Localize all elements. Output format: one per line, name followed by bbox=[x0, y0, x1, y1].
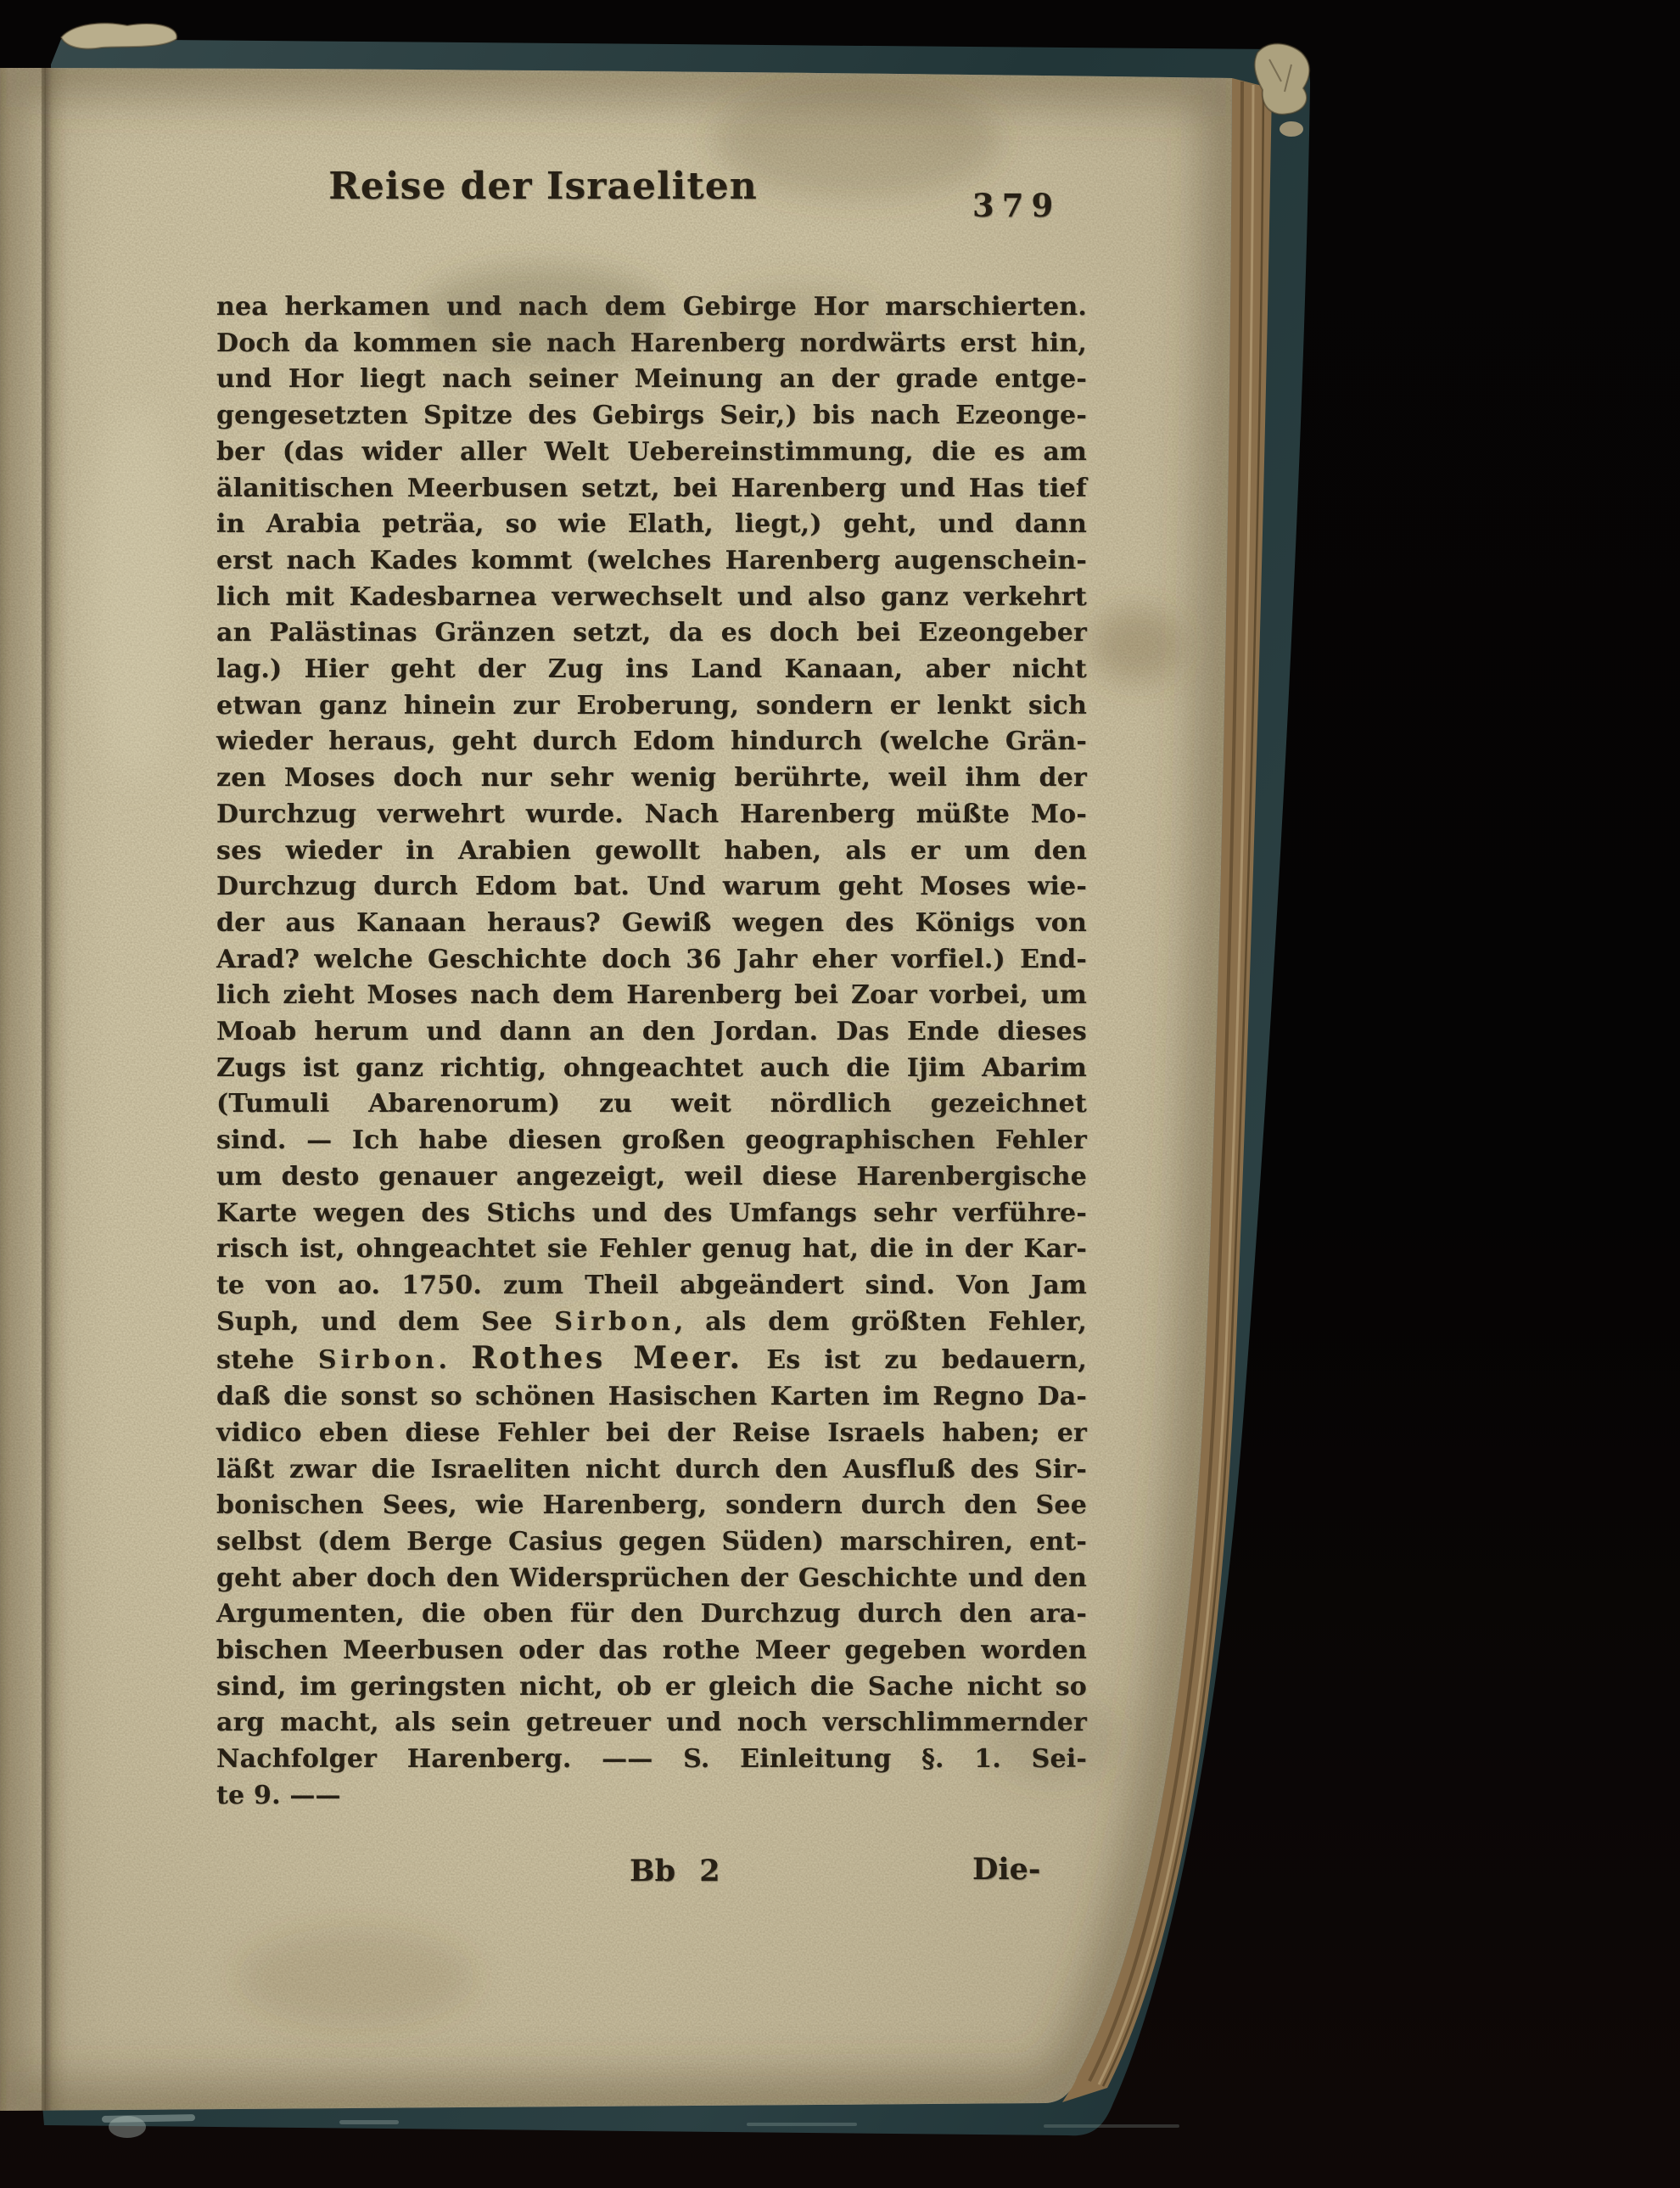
text-line: sind, im geringsten nicht, ob er gleich … bbox=[216, 1669, 1087, 1706]
text-line: te 9. —— bbox=[216, 1778, 1087, 1815]
text-line: in Arabia peträa, so wie Elath, liegt,) … bbox=[216, 507, 1087, 543]
running-header: Reise der Israeliten bbox=[322, 165, 764, 208]
text-line: bonischen Sees, wie Harenberg, sondern d… bbox=[216, 1488, 1087, 1524]
text-line: geht aber doch den Widersprüchen der Ges… bbox=[216, 1561, 1087, 1597]
text-line: der aus Kanaan heraus? Gewiß wegen des K… bbox=[216, 906, 1087, 942]
text-line: Arad? welche Geschichte doch 36 Jahr ehe… bbox=[216, 942, 1087, 979]
text-line: Durchzug verwehrt wurde. Nach Harenberg … bbox=[216, 797, 1087, 833]
text-line: vidico eben diese Fehler bei der Reise I… bbox=[216, 1416, 1087, 1452]
emphasized-phrase: Sirbon bbox=[318, 1345, 439, 1375]
text-line: an Palästinas Gränzen setzt, da es doch … bbox=[216, 615, 1087, 652]
text-line: te von ao. 1750. zum Theil abgeändert si… bbox=[216, 1268, 1087, 1304]
emphasized-phrase: Sirbon bbox=[554, 1307, 675, 1337]
text-line: und Hor liegt nach seiner Meinung an der… bbox=[216, 362, 1087, 398]
text-line: sind. — Ich habe diesen großen geographi… bbox=[216, 1123, 1087, 1159]
text-line: lag.) Hier geht der Zug ins Land Kanaan,… bbox=[216, 652, 1087, 688]
body-text: nea herkamen und nach dem Gebirge Hor ma… bbox=[216, 289, 1087, 1815]
text-line: Nachfolger Harenberg. —— S. Einleitung §… bbox=[216, 1742, 1087, 1778]
text-line: arg macht, als sein getreuer und noch ve… bbox=[216, 1705, 1087, 1742]
catchword: Die- bbox=[972, 1852, 1040, 1887]
text-line: selbst (dem Berge Casius gegen Süden) ma… bbox=[216, 1524, 1087, 1561]
scanned-book-photo: Reise der Israeliten 379 nea herkamen un… bbox=[0, 0, 1680, 2188]
text-line: Argumenten, die oben für den Durchzug du… bbox=[216, 1596, 1087, 1633]
text-line: ber (das wider aller Welt Uebereinstimmu… bbox=[216, 435, 1087, 471]
text-line: erst nach Kades kommt (welches Harenberg… bbox=[216, 543, 1087, 580]
text-line: Moab herum und dann an den Jordan. Das E… bbox=[216, 1014, 1087, 1051]
emphasized-phrase: Rothes Meer. bbox=[471, 1340, 742, 1376]
page-content: Reise der Israeliten 379 nea herkamen un… bbox=[0, 0, 1680, 2188]
text-line: Zugs ist ganz richtig, ohngeachtet auch … bbox=[216, 1051, 1087, 1087]
text-line: wieder heraus, geht durch Edom hindurch … bbox=[216, 724, 1087, 760]
text-line: lich zieht Moses nach dem Harenberg bei … bbox=[216, 978, 1087, 1014]
text-line: risch ist, ohngeachtet sie Fehler genug … bbox=[216, 1231, 1087, 1268]
text-line: etwan ganz hinein zur Eroberung, sondern… bbox=[216, 688, 1087, 725]
text-line: Karte wegen des Stichs und des Umfangs s… bbox=[216, 1196, 1087, 1232]
text-line: Durchzug durch Edom bat. Und warum geht … bbox=[216, 869, 1087, 906]
text-line: um desto genauer angezeigt, weil diese H… bbox=[216, 1159, 1087, 1196]
text-line: älanitischen Meerbusen setzt, bei Harenb… bbox=[216, 471, 1087, 508]
text-line: (Tumuli Abarenorum) zu weit nördlich gez… bbox=[216, 1086, 1087, 1123]
text-line: ses wieder in Arabien gewollt haben, als… bbox=[216, 833, 1087, 870]
signature-mark: Bb 2 bbox=[630, 1854, 720, 1888]
text-line: lich mit Kadesbarnea verwechselt und als… bbox=[216, 580, 1087, 616]
text-line: läßt zwar die Israeliten nicht durch den… bbox=[216, 1452, 1087, 1489]
text-line: bischen Meerbusen oder das rothe Meer ge… bbox=[216, 1633, 1087, 1669]
text-line: Suph, und dem See Sirbon, als dem größte… bbox=[216, 1304, 1087, 1341]
page-number: 379 bbox=[972, 187, 1061, 224]
text-line: zen Moses doch nur sehr wenig berührte, … bbox=[216, 760, 1087, 797]
text-line: stehe Sirbon. Rothes Meer. Es ist zu bed… bbox=[216, 1340, 1087, 1379]
text-line: daß die sonst so schönen Hasischen Karte… bbox=[216, 1379, 1087, 1416]
text-line: gengesetzten Spitze des Gebirgs Seir,) b… bbox=[216, 398, 1087, 435]
text-line: nea herkamen und nach dem Gebirge Hor ma… bbox=[216, 289, 1087, 326]
text-line: Doch da kommen sie nach Harenberg nordwä… bbox=[216, 326, 1087, 362]
